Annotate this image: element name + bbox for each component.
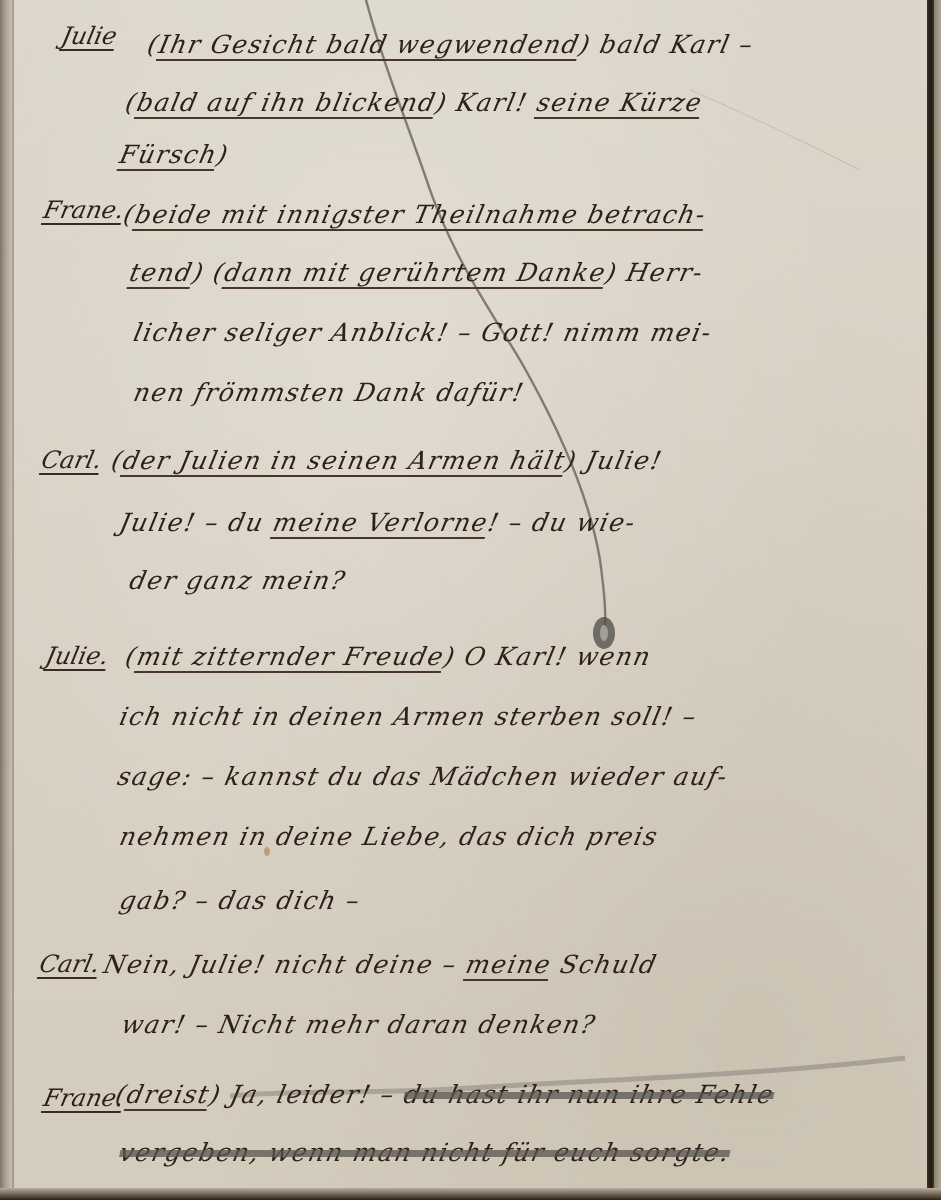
line-text: ) Herr- bbox=[603, 258, 706, 287]
manuscript-line: tend) (dann mit gerührtem Danke) Herr- bbox=[127, 258, 706, 287]
binding-gutter bbox=[0, 0, 12, 1200]
manuscript-line: (mit zitternder Freude) O Karl! wenn bbox=[123, 642, 654, 671]
speaker-name: Julie bbox=[59, 22, 120, 50]
line-text: gab? – das dich – bbox=[117, 886, 364, 915]
stage-direction: bald auf ihn blickend bbox=[134, 88, 439, 117]
stage-direction: tend bbox=[127, 258, 196, 287]
manuscript-line: sage: – kannst du das Mädchen wieder auf… bbox=[115, 762, 731, 791]
line-text: ) Karl! bbox=[433, 88, 540, 117]
stage-direction: der Julien in seinen Armen hält bbox=[120, 446, 569, 475]
gutter-fold-line bbox=[12, 0, 14, 1200]
line-text: Nein, Julie! nicht deine – bbox=[101, 950, 470, 979]
manuscript-line: war! – Nicht mehr daran denken? bbox=[119, 1010, 599, 1039]
stage-direction: seine Kürze bbox=[534, 88, 705, 117]
speaker-name: Frane. bbox=[41, 196, 127, 224]
line-text: licher seliger Anblick! – Gott! nimm mei… bbox=[131, 318, 715, 347]
manuscript-line: (bald auf ihn blickend) Karl! seine Kürz… bbox=[123, 88, 706, 117]
manuscript-line: nen frömmsten Dank dafür! bbox=[131, 378, 527, 407]
stage-direction: beide mit innigster Theilnahme betrach- bbox=[132, 200, 709, 229]
manuscript-line: Fürsch) bbox=[117, 140, 232, 169]
line-text: ) O Karl! wenn bbox=[441, 642, 654, 671]
stage-direction: meine Verlorne bbox=[270, 508, 491, 537]
stage-direction: mit zitternder Freude bbox=[134, 642, 447, 671]
line-text: ich nicht in deinen Armen sterben soll! … bbox=[117, 702, 700, 731]
speaker-name: Julie. bbox=[43, 642, 111, 670]
line-text: ) Julie! bbox=[563, 446, 666, 475]
line-text: der ganz mein? bbox=[127, 566, 349, 595]
line-text: nehmen in deine Liebe, das dich preis bbox=[117, 822, 661, 851]
emphasis: meine bbox=[463, 950, 554, 979]
speaker-name: Carl. bbox=[39, 446, 104, 474]
manuscript-line: (der Julien in seinen Armen hält) Julie! bbox=[109, 446, 665, 475]
stage-direction: dreist bbox=[124, 1080, 213, 1109]
manuscript-line: (beide mit innigster Theilnahme betrach- bbox=[121, 200, 709, 229]
manuscript-line: (Ihr Gesicht bald wegwendend) bald Karl … bbox=[145, 30, 757, 59]
line-text: ! – du wie- bbox=[485, 508, 639, 537]
stage-direction: dann mit gerührtem Danke bbox=[222, 258, 609, 287]
manuscript-line: ich nicht in deinen Armen sterben soll! … bbox=[117, 702, 700, 731]
stage-direction: Ihr Gesicht bald wegwendend bbox=[156, 30, 582, 59]
line-text: sage: – kannst du das Mädchen wieder auf… bbox=[115, 762, 731, 791]
next-page-edge bbox=[934, 0, 941, 1200]
manuscript-line: nehmen in deine Liebe, das dich preis bbox=[117, 822, 661, 851]
struck-text: vergeben, wenn man nicht für euch sorgte… bbox=[117, 1138, 733, 1167]
line-text: ) Ja, leider! – bbox=[207, 1080, 408, 1109]
line-text: nen frömmsten Dank dafür! bbox=[131, 378, 527, 407]
manuscript-page: Julie (Ihr Gesicht bald wegwendend) bald… bbox=[0, 0, 941, 1200]
page-edge-bottom bbox=[0, 1188, 941, 1200]
line-text: ) bald Karl – bbox=[576, 30, 756, 59]
manuscript-line: vergeben, wenn man nicht für euch sorgte… bbox=[117, 1138, 733, 1167]
struck-text: du hast ihr nun ihre Fehle bbox=[401, 1080, 777, 1109]
manuscript-line: der ganz mein? bbox=[127, 566, 349, 595]
line-text: Schuld bbox=[548, 950, 660, 979]
manuscript-line: (dreist) Ja, leider! – du hast ihr nun i… bbox=[113, 1080, 777, 1109]
line-text: Julie! – du bbox=[117, 508, 277, 537]
manuscript-line: Nein, Julie! nicht deine – meine Schuld bbox=[101, 950, 660, 979]
manuscript-line: licher seliger Anblick! – Gott! nimm mei… bbox=[131, 318, 715, 347]
page-edge-right bbox=[927, 0, 934, 1200]
manuscript-line: gab? – das dich – bbox=[117, 886, 364, 915]
line-text: war! – Nicht mehr daran denken? bbox=[119, 1010, 599, 1039]
stage-direction: Fürsch bbox=[117, 140, 221, 169]
manuscript-line: Julie! – du meine Verlorne! – du wie- bbox=[117, 508, 639, 537]
speaker-name: Carl. bbox=[37, 950, 102, 978]
